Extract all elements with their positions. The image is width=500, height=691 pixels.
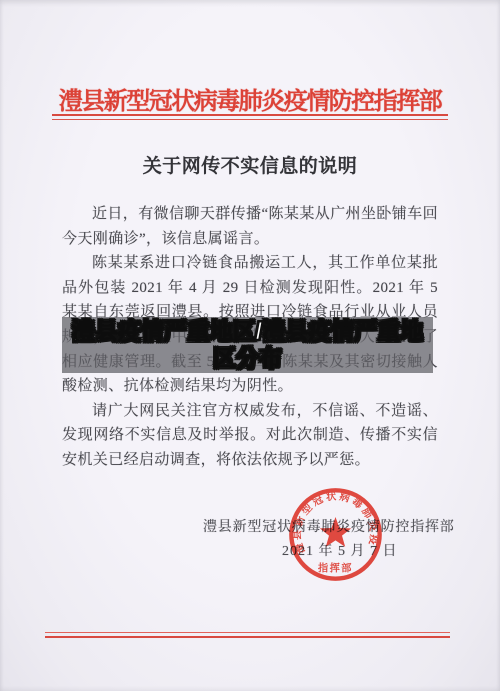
body-line: 发现网络不实信息及时举报。对此次制造、传播不实信息的，公 (62, 423, 438, 448)
body-line: 品外包装 2021 年 4 月 29 日检测发现阳性。2021 年 5 月 1 … (62, 276, 438, 301)
rumor-caption-overlay: 澧县疫情严重地区/澧县疫情严重地 区分布 (62, 317, 433, 373)
document-title: 关于网传不实信息的说明 (0, 151, 500, 178)
body-line: 安机关已经启动调查，将依法依规予以严惩。 (62, 448, 438, 473)
body-line: 酸检测、抗体检测结果均为阴性。 (62, 374, 438, 399)
overlay-caption-line1: 澧县疫情严重地区/澧县疫情严重地 (72, 318, 423, 346)
footer-double-rule (45, 632, 450, 638)
letterhead-double-rule (52, 114, 448, 120)
body-line: 陈某某系进口冷链食品搬运工人，其工作单位某批次冷链食 (62, 251, 438, 276)
issuer-letterhead: 澧县新型冠状病毒肺炎疫情防控指挥部 (0, 81, 500, 116)
scanned-notice-page: 澧县新型冠状病毒肺炎疫情防控指挥部 关于网传不实信息的说明 近日，有微信聊天群传… (0, 0, 500, 691)
seal-bottom-text: 指挥部 (318, 561, 353, 574)
body-line: 近日，有微信聊天群传播“陈某某从广州坐卧铺车回澧县， (62, 202, 438, 227)
body-line: 请广大网民关注官方权威发布，不信谣、不造谣、不传谣， (62, 399, 438, 424)
overlay-caption-line2: 区分布 (213, 345, 282, 373)
seal-star-icon (320, 517, 351, 547)
body-line: 今天刚确诊”，该信息属谣言。 (62, 227, 438, 252)
seal-ring-text: 澧县新型冠状病毒肺炎疫情防控 (287, 486, 381, 556)
official-seal: 澧县新型冠状病毒肺炎疫情防控 指挥部 (287, 486, 384, 583)
